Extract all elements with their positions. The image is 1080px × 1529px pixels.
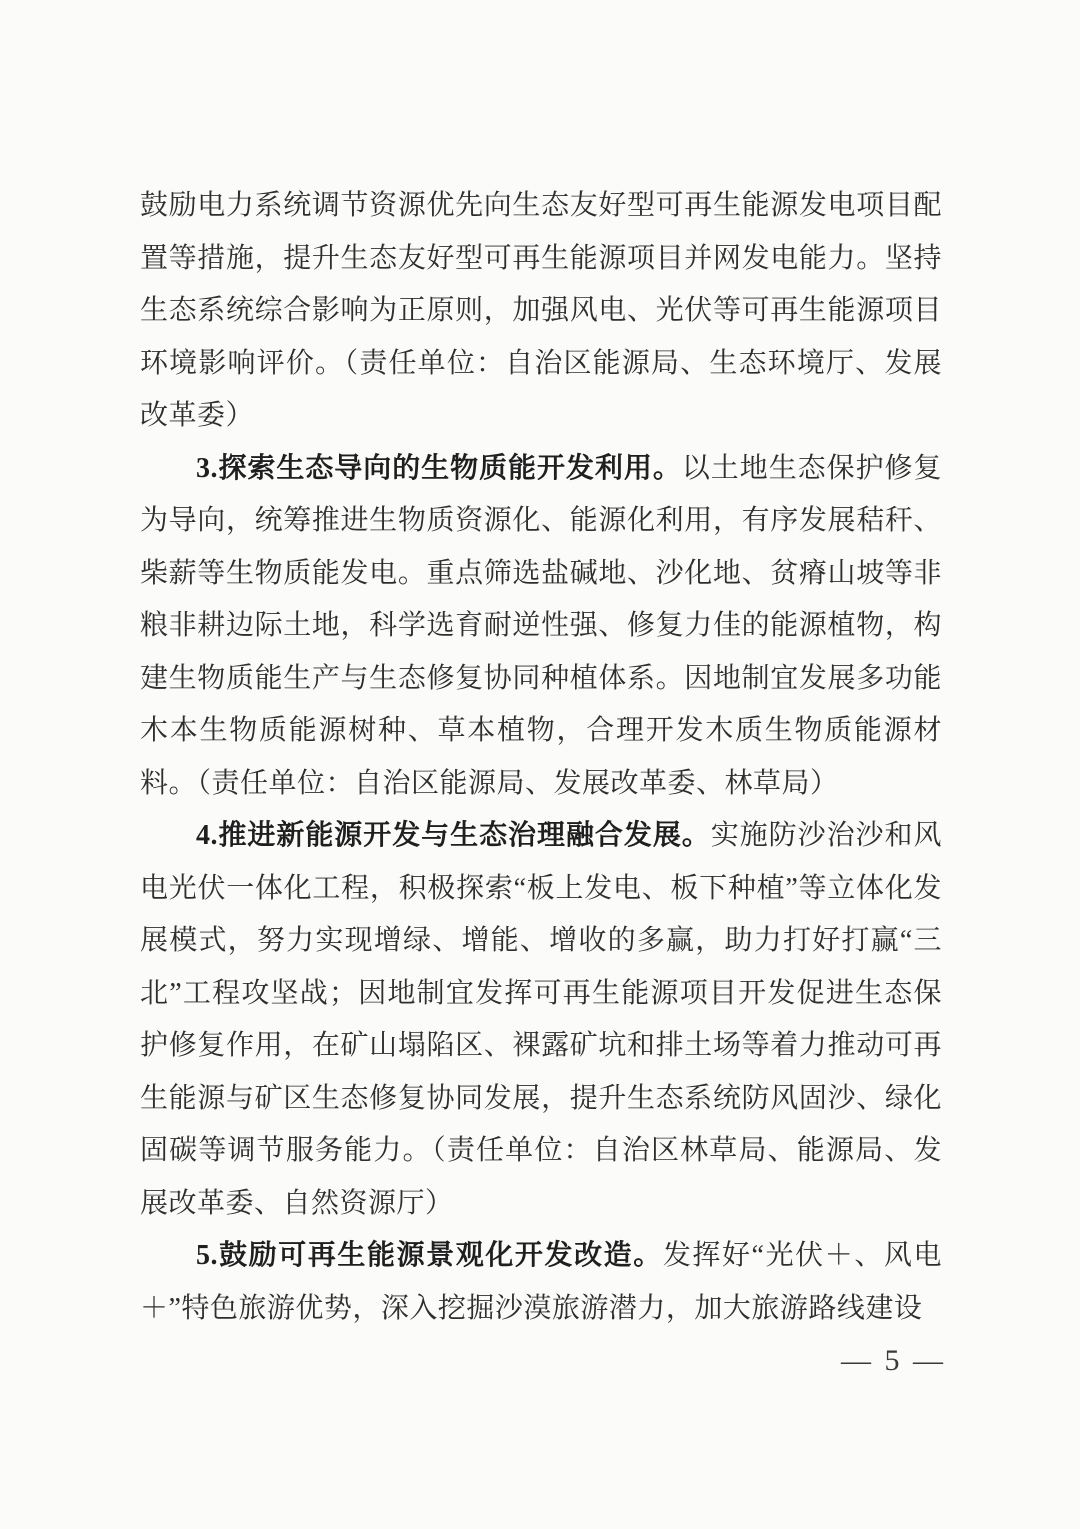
para-item-3: 3.探索生态导向的生物质能开发利用。以土地生态保护修复为导向，统筹推进生物质资源… [140, 443, 942, 811]
item-number-heading: 3.探索生态导向的生物质能开发利用。 [196, 453, 682, 484]
body-text: 实施防沙治沙和风电光伏一体化工程，积极探索“板上发电、板下种植”等立体化发展模式… [140, 820, 942, 1166]
para-continuation: 鼓励电力系统调节资源优先向生态友好型可再生能源发电项目配置等措施，提升生态友好型… [140, 180, 942, 443]
body-text: 以土地生态保护修复为导向，统筹推进生物质资源化、能源化利用，有序发展秸秆、柴薪等… [140, 453, 942, 799]
para-item-5: 5.鼓励可再生能源景观化开发改造。发挥好“光伏＋、风电＋”特色旅游优势，深入挖掘… [140, 1230, 942, 1335]
document-body: 鼓励电力系统调节资源优先向生态友好型可再生能源发电项目配置等措施，提升生态友好型… [140, 180, 942, 1335]
document-page: 鼓励电力系统调节资源优先向生态友好型可再生能源发电项目配置等措施，提升生态友好型… [0, 0, 1080, 1529]
para-item-4: 4.推进新能源开发与生态治理融合发展。实施防沙治沙和风电光伏一体化工程，积极探索… [140, 810, 942, 1230]
responsible-unit-text: （责任单位：自治区能源局、发展改革委、林草局） [197, 768, 839, 799]
item-number-heading: 5.鼓励可再生能源景观化开发改造。 [196, 1240, 663, 1271]
page-number: — 5 — [841, 1344, 946, 1378]
item-number-heading: 4.推进新能源开发与生态治理融合发展。 [196, 820, 711, 851]
